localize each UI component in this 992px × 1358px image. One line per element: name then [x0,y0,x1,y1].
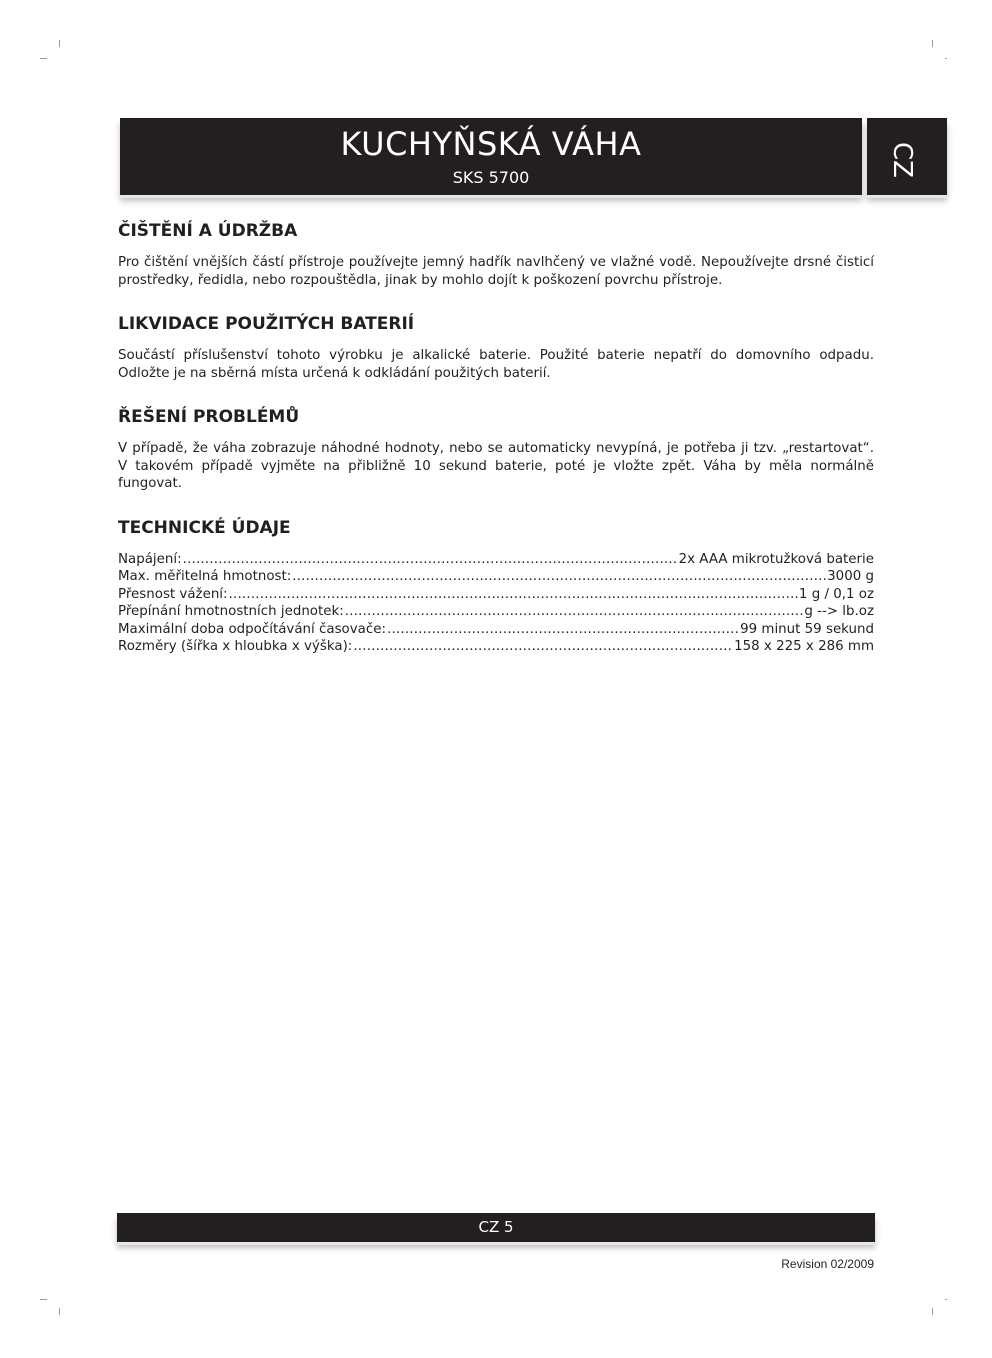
crop-mark [945,1299,947,1300]
leader-dots [292,568,826,586]
leader-dots [183,551,678,569]
model-number: SKS 5700 [120,168,862,187]
spec-row: Rozměry (šířka x hloubka x výška): 158 x… [118,638,874,656]
document-title: KUCHYŇSKÁ VÁHA [120,125,862,163]
crop-mark [945,58,947,59]
section-battery-disposal: LIKVIDACE POUŽITÝCH BATERIÍ Součástí pří… [118,311,874,382]
crop-mark [40,1299,47,1300]
document-body: ČIŠTĚNÍ A ÚDRŽBA Pro čištění vnějších čá… [118,218,874,678]
section-text: Pro čištění vnějších částí přístroje pou… [118,254,874,289]
section-heading: ČIŠTĚNÍ A ÚDRŽBA [118,218,874,244]
leader-dots [345,603,804,621]
crop-mark [40,58,47,59]
page-number: CZ 5 [478,1218,513,1236]
spec-row: Přesnost vážení: 1 g / 0,1 oz [118,586,874,604]
spec-label: Maximální doba odpočítávání časovače: [118,621,386,639]
spec-value: 99 minut 59 sekund [740,621,874,639]
section-heading: LIKVIDACE POUŽITÝCH BATERIÍ [118,311,874,337]
revision-label: Revision 02/2009 [781,1257,874,1271]
crop-mark [932,40,933,47]
crop-mark [59,1308,60,1315]
spec-label: Přepínání hmotnostních jednotek: [118,603,344,621]
spec-list: Napájení: 2x AAA mikrotužková baterie Ma… [118,551,874,657]
section-text: Součástí příslušenství tohoto výrobku je… [118,347,874,382]
spec-value: g --> lb.oz [804,603,874,621]
spec-label: Napájení: [118,551,182,569]
section-text: V případě, že váha zobrazuje náhodné hod… [118,440,874,493]
spec-label: Rozměry (šířka x hloubka x výška): [118,638,352,656]
spec-label: Max. měřitelná hmotnost: [118,568,291,586]
language-code: CZ [887,142,917,178]
section-troubleshooting: ŘEŠENÍ PROBLÉMŮ V případě, že váha zobra… [118,404,874,493]
section-heading: TECHNICKÉ ÚDAJE [118,515,874,541]
spec-row: Přepínání hmotnostních jednotek: g --> l… [118,603,874,621]
spec-row: Max. měřitelná hmotnost: 3000 g [118,568,874,586]
crop-mark [932,1308,933,1315]
spec-label: Přesnost vážení: [118,586,228,604]
spec-value: 2x AAA mikrotužková baterie [679,551,874,569]
section-technical-data: TECHNICKÉ ÚDAJE Napájení: 2x AAA mikrotu… [118,515,874,657]
crop-mark [59,40,60,47]
language-tab: CZ [867,118,947,195]
spec-row: Napájení: 2x AAA mikrotužková baterie [118,551,874,569]
leader-dots [387,621,739,639]
section-cleaning: ČIŠTĚNÍ A ÚDRŽBA Pro čištění vnějších čá… [118,218,874,289]
leader-dots [229,586,798,604]
title-banner: KUCHYŇSKÁ VÁHA SKS 5700 [120,118,862,195]
spec-value: 1 g / 0,1 oz [799,586,874,604]
footer-banner: CZ 5 [117,1213,875,1242]
spec-row: Maximální doba odpočítávání časovače: 99… [118,621,874,639]
spec-value: 158 x 225 x 286 mm [734,638,874,656]
section-heading: ŘEŠENÍ PROBLÉMŮ [118,404,874,430]
leader-dots [353,638,733,656]
spec-value: 3000 g [827,568,874,586]
